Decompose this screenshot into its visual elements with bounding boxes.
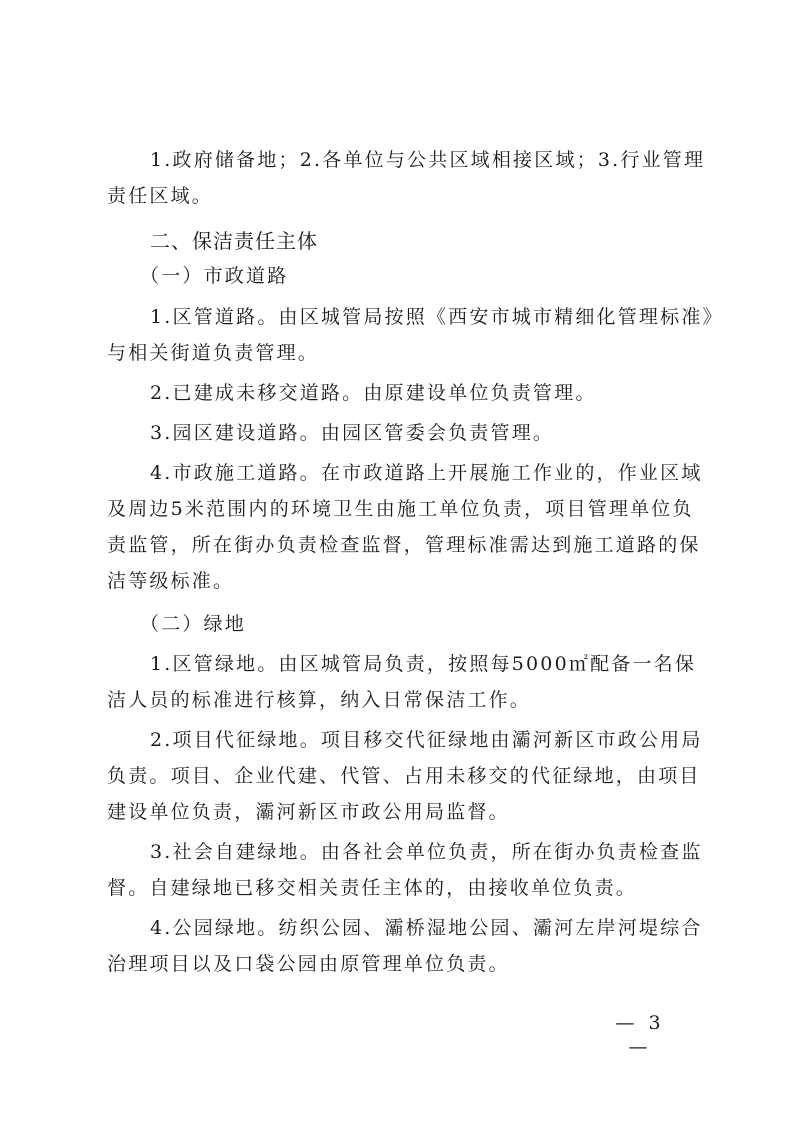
page-number: — 3 —: [600, 1011, 680, 1059]
paragraph-line: 责任区域。: [107, 184, 707, 208]
paragraph-line: 及周边5米范围内的环境卫生由施工单位负责，项目管理单位负: [107, 497, 707, 521]
paragraph-line: 1.政府储备地；2.各单位与公共区域相接区域；3.行业管理: [150, 148, 750, 172]
paragraph-line: 督。自建绿地已移交相关责任主体的，由接收单位负责。: [107, 876, 707, 900]
document-page: 1.政府储备地；2.各单位与公共区域相接区域；3.行业管理 责任区域。 二、保洁…: [0, 0, 793, 1122]
paragraph-line: 3.社会自建绿地。由各社会单位负责，所在街办负责检查监: [150, 840, 750, 864]
paragraph-line: 负责。项目、企业代建、代管、占用未移交的代征绿地，由项目: [107, 764, 707, 788]
paragraph-line: 2.项目代征绿地。项目移交代征绿地由灞河新区市政公用局: [150, 728, 750, 752]
paragraph-line: 3.园区建设道路。由园区管委会负责管理。: [150, 421, 750, 445]
paragraph-line: 1.区管绿地。由区城管局负责，按照每5000㎡配备一名保: [150, 652, 750, 676]
paragraph-line: 洁人员的标准进行核算，纳入日常保洁工作。: [107, 688, 707, 712]
paragraph-line: 建设单位负责，灞河新区市政公用局监督。: [107, 800, 707, 824]
paragraph-line: 洁等级标准。: [107, 569, 707, 593]
paragraph-line: 治理项目以及口袋公园由原管理单位负责。: [107, 952, 707, 976]
paragraph-line: 与相关街道负责管理。: [107, 341, 707, 365]
paragraph-line: 4.市政施工道路。在市政道路上开展施工作业的，作业区域: [150, 461, 750, 485]
paragraph-line: 责监管，所在街办负责检查监督，管理标准需达到施工道路的保: [107, 533, 707, 557]
paragraph-line: 2.已建成未移交道路。由原建设单位负责管理。: [150, 381, 750, 405]
subsection-heading: （二）绿地: [140, 612, 740, 636]
section-heading: 二、保洁责任主体: [150, 229, 750, 253]
subsection-heading: （一）市政道路: [140, 264, 740, 288]
paragraph-line: 4.公园绿地。纺织公园、灞桥湿地公园、灞河左岸河堤综合: [150, 916, 750, 940]
paragraph-line: 1.区管道路。由区城管局按照《西安市城市精细化管理标准》: [150, 305, 750, 329]
